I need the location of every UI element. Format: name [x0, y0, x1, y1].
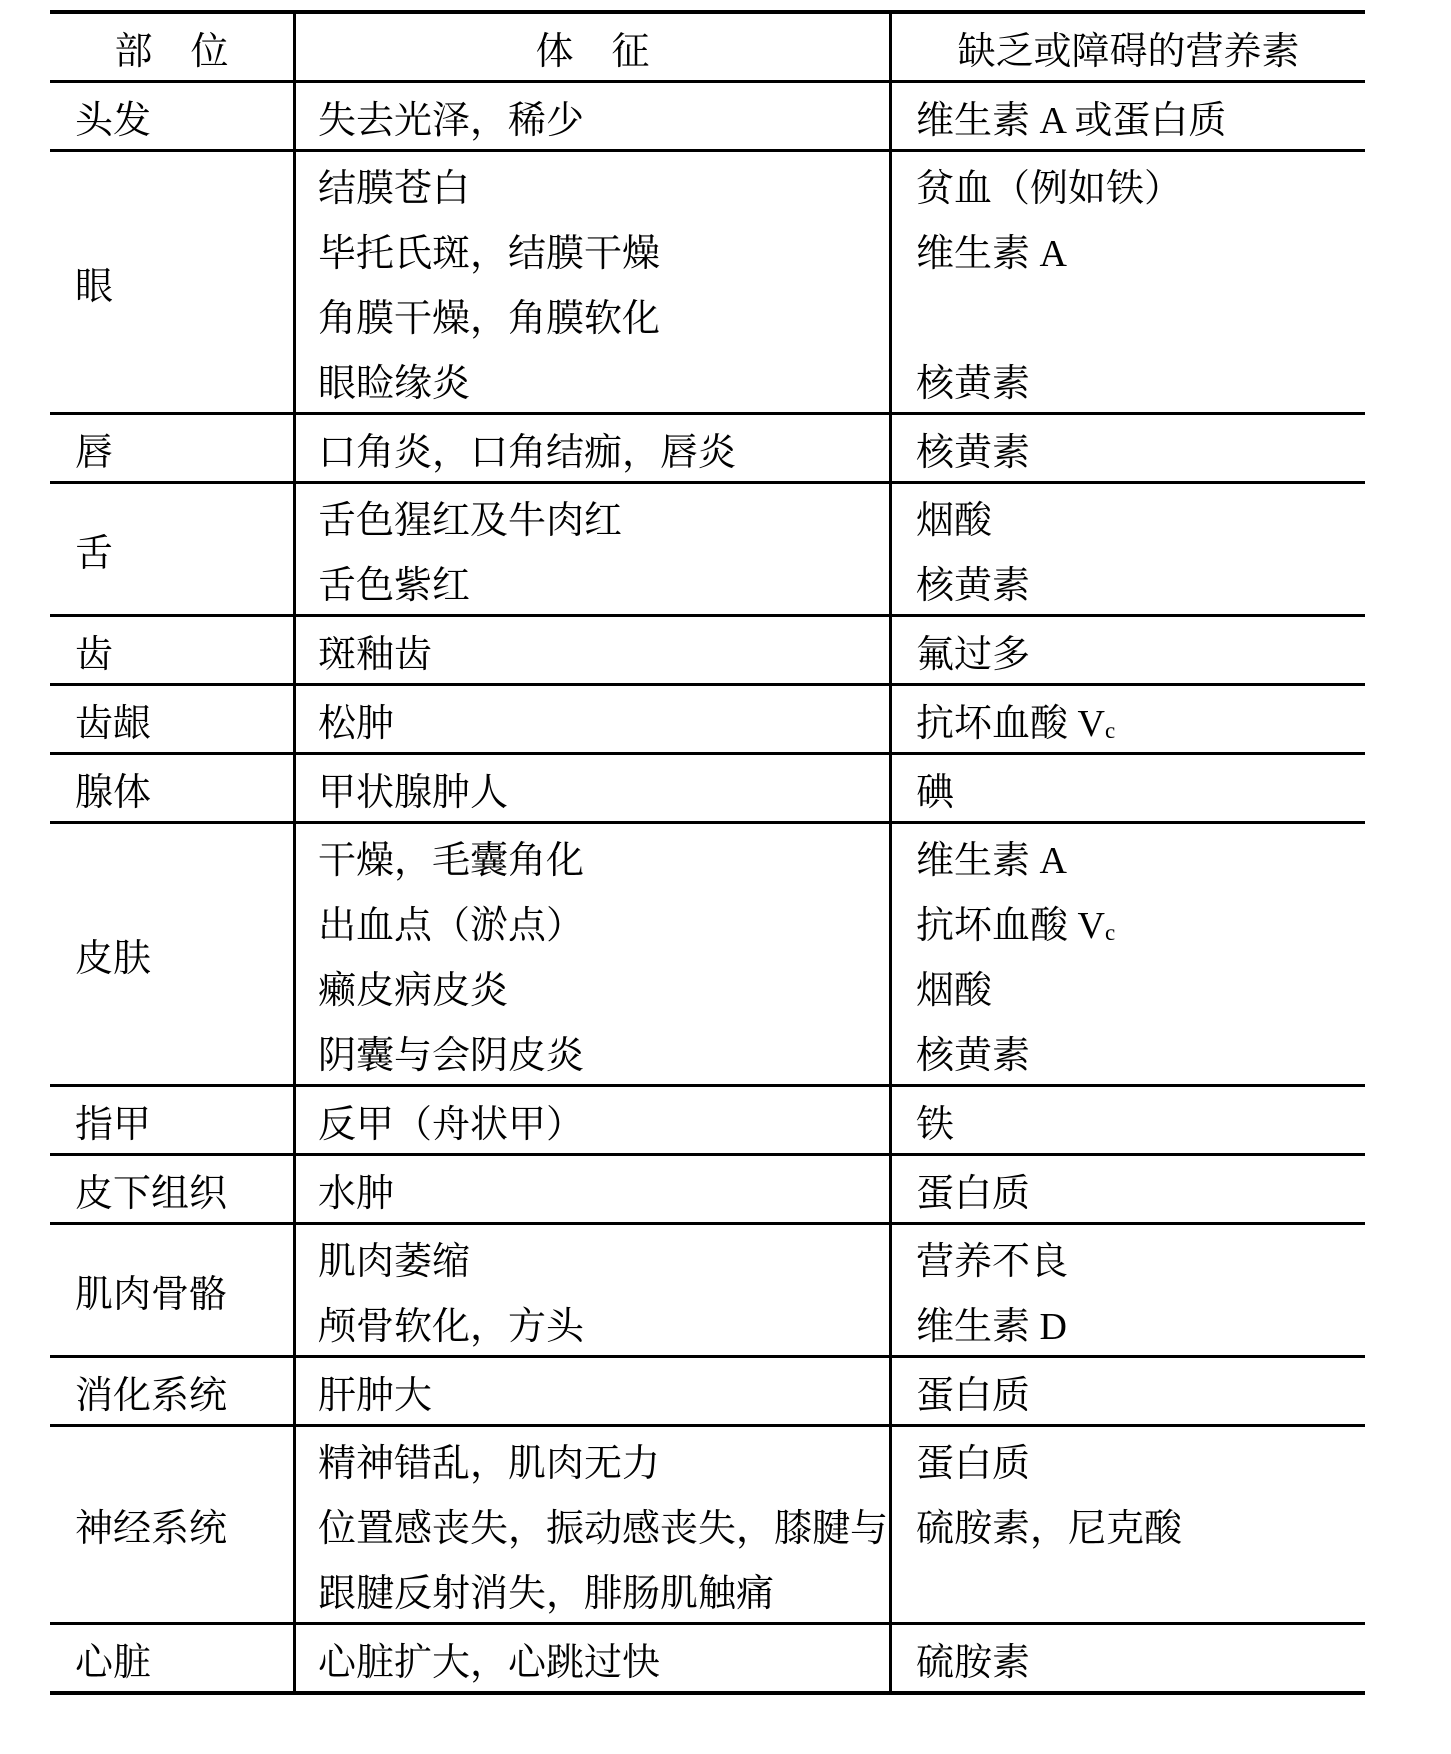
sign-line: 结膜苍白: [296, 152, 889, 217]
nutrients-cell: 铁: [889, 1087, 1365, 1153]
nutrients-cell: 蛋白质: [889, 1156, 1365, 1222]
nutrient-line: 抗坏血酸 Vc: [892, 687, 1365, 752]
nutrient-line: 硫胺素: [892, 1626, 1365, 1691]
nutrient-line: 烟酸: [892, 484, 1365, 549]
sign-line: 肌肉萎缩: [296, 1225, 889, 1290]
table-row-nervous-system: 神经系统 精神错乱，肌肉无力 位置感丧失，振动感丧失，膝腱与 跟腱反射消失，腓肠…: [50, 1427, 1365, 1625]
header-cell-part: 部 位: [50, 14, 293, 80]
part-cell: 腺体: [50, 755, 293, 821]
sign-line: 阴囊与会阴皮炎: [296, 1019, 889, 1084]
nutrient-line: [892, 1557, 1365, 1622]
signs-cell: 反甲（舟状甲）: [293, 1087, 889, 1153]
nutrient-line: 蛋白质: [892, 1157, 1365, 1222]
nutrients-cell: 蛋白质: [889, 1358, 1365, 1424]
nutrients-cell: 硫胺素: [889, 1625, 1365, 1691]
nutrient-line: 营养不良: [892, 1225, 1365, 1290]
signs-cell: 肌肉萎缩 颅骨软化，方头: [293, 1225, 889, 1355]
nutrient-line: 铁: [892, 1088, 1365, 1153]
table-row-subcutaneous-tissue: 皮下组织 水肿 蛋白质: [50, 1156, 1365, 1225]
nutrient-line: 维生素 A: [892, 217, 1365, 282]
part-cell: 皮肤: [50, 824, 293, 1084]
table-row-musculoskeletal: 肌肉骨骼 肌肉萎缩 颅骨软化，方头 营养不良 维生素 D: [50, 1225, 1365, 1358]
nutrient-line: 核黄素: [892, 416, 1365, 481]
part-label: 皮肤: [50, 922, 293, 987]
part-label: 心脏: [50, 1626, 293, 1691]
part-label: 舌: [50, 517, 293, 582]
table-row-gums: 齿龈 松肿 抗坏血酸 Vc: [50, 686, 1365, 755]
sign-line: 斑釉齿: [296, 618, 889, 683]
part-cell: 指甲: [50, 1087, 293, 1153]
nutrient-line: 核黄素: [892, 549, 1365, 614]
nutrients-cell: 抗坏血酸 Vc: [889, 686, 1365, 752]
signs-cell: 斑釉齿: [293, 617, 889, 683]
signs-cell: 心脏扩大，心跳过快: [293, 1625, 889, 1691]
part-label: 唇: [50, 416, 293, 481]
vitamin-c-subscript: c: [1105, 921, 1115, 944]
nutrients-cell: 蛋白质 硫胺素，尼克酸: [889, 1427, 1365, 1622]
table-row-glands: 腺体 甲状腺肿人 碘: [50, 755, 1365, 824]
nutrient-line: 蛋白质: [892, 1359, 1365, 1424]
part-cell: 头发: [50, 83, 293, 149]
nutrition-deficiency-table: 部 位 体 征 缺乏或障碍的营养素 头发 失去光泽，稀少 维生素 A 或蛋白质 …: [50, 10, 1365, 1695]
part-label: 神经系统: [50, 1492, 293, 1557]
nutrient-line: [892, 282, 1365, 347]
nutrients-cell: 贫血（例如铁） 维生素 A 核黄素: [889, 152, 1365, 412]
header-signs-label: 体 征: [296, 15, 889, 80]
table-row-tongue: 舌 舌色猩红及牛肉红 舌色紫红 烟酸 核黄素: [50, 484, 1365, 617]
nutrient-line: 抗坏血酸 Vc: [892, 889, 1365, 954]
header-part-label: 部 位: [50, 15, 293, 80]
table-row-teeth: 齿 斑釉齿 氟过多: [50, 617, 1365, 686]
part-label: 齿: [50, 618, 293, 683]
sign-line: 眼睑缘炎: [296, 347, 889, 412]
sign-line: 毕托氏斑，结膜干燥: [296, 217, 889, 282]
sign-line: 松肿: [296, 687, 889, 752]
signs-cell: 松肿: [293, 686, 889, 752]
sign-line: 精神错乱，肌肉无力: [296, 1427, 889, 1492]
part-cell: 齿: [50, 617, 293, 683]
sign-line: 反甲（舟状甲）: [296, 1088, 889, 1153]
table-row-heart: 心脏 心脏扩大，心跳过快 硫胺素: [50, 1625, 1365, 1691]
part-cell: 心脏: [50, 1625, 293, 1691]
part-label: 肌肉骨骼: [50, 1258, 293, 1323]
signs-cell: 舌色猩红及牛肉红 舌色紫红: [293, 484, 889, 614]
signs-cell: 水肿: [293, 1156, 889, 1222]
nutrient-text: 抗坏血酸 V: [916, 894, 1105, 949]
nutrient-line: 贫血（例如铁）: [892, 152, 1365, 217]
signs-cell: 肝肿大: [293, 1358, 889, 1424]
nutrients-cell: 碘: [889, 755, 1365, 821]
sign-line: 位置感丧失，振动感丧失，膝腱与: [296, 1492, 889, 1557]
part-cell: 齿龈: [50, 686, 293, 752]
sign-line: 失去光泽，稀少: [296, 84, 889, 149]
sign-line: 癞皮病皮炎: [296, 954, 889, 1019]
nutrients-cell: 维生素 A 或蛋白质: [889, 83, 1365, 149]
table-row-hair: 头发 失去光泽，稀少 维生素 A 或蛋白质: [50, 83, 1365, 152]
part-cell: 眼: [50, 152, 293, 412]
nutrients-cell: 核黄素: [889, 415, 1365, 481]
table-row-nails: 指甲 反甲（舟状甲） 铁: [50, 1087, 1365, 1156]
table-row-digestive-system: 消化系统 肝肿大 蛋白质: [50, 1358, 1365, 1427]
sign-line: 干燥，毛囊角化: [296, 824, 889, 889]
table-row-eyes: 眼 结膜苍白 毕托氏斑，结膜干燥 角膜干燥，角膜软化 眼睑缘炎 贫血（例如铁） …: [50, 152, 1365, 415]
nutrients-cell: 维生素 A 抗坏血酸 Vc 烟酸 核黄素: [889, 824, 1365, 1084]
nutrients-cell: 烟酸 核黄素: [889, 484, 1365, 614]
sign-line: 舌色猩红及牛肉红: [296, 484, 889, 549]
nutrients-cell: 营养不良 维生素 D: [889, 1225, 1365, 1355]
part-cell: 舌: [50, 484, 293, 614]
nutrient-line: 硫胺素，尼克酸: [892, 1492, 1365, 1557]
nutrients-cell: 氟过多: [889, 617, 1365, 683]
signs-cell: 精神错乱，肌肉无力 位置感丧失，振动感丧失，膝腱与 跟腱反射消失，腓肠肌触痛: [293, 1427, 889, 1622]
sign-line: 水肿: [296, 1157, 889, 1222]
nutrient-line: 氟过多: [892, 618, 1365, 683]
part-cell: 消化系统: [50, 1358, 293, 1424]
sign-line: 口角炎，口角结痂，唇炎: [296, 416, 889, 481]
part-label: 皮下组织: [50, 1157, 293, 1222]
header-nutrients-label: 缺乏或障碍的营养素: [892, 15, 1365, 80]
nutrient-line: 维生素 A: [892, 824, 1365, 889]
signs-cell: 甲状腺肿人: [293, 755, 889, 821]
part-label: 指甲: [50, 1088, 293, 1153]
sign-line: 甲状腺肿人: [296, 756, 889, 821]
signs-cell: 失去光泽，稀少: [293, 83, 889, 149]
header-cell-nutrients: 缺乏或障碍的营养素: [889, 14, 1365, 80]
part-label: 头发: [50, 84, 293, 149]
sign-line: 出血点（淤点）: [296, 889, 889, 954]
nutrient-line: 核黄素: [892, 1019, 1365, 1084]
signs-cell: 口角炎，口角结痂，唇炎: [293, 415, 889, 481]
table-header-row: 部 位 体 征 缺乏或障碍的营养素: [50, 14, 1365, 83]
nutrient-line: 核黄素: [892, 347, 1365, 412]
nutrient-text: 抗坏血酸 V: [916, 692, 1105, 747]
part-cell: 皮下组织: [50, 1156, 293, 1222]
part-cell: 肌肉骨骼: [50, 1225, 293, 1355]
nutrient-line: 蛋白质: [892, 1427, 1365, 1492]
part-cell: 唇: [50, 415, 293, 481]
vitamin-c-subscript: c: [1105, 719, 1115, 742]
part-cell: 神经系统: [50, 1427, 293, 1622]
part-label: 齿龈: [50, 687, 293, 752]
sign-line: 肝肿大: [296, 1359, 889, 1424]
part-label: 眼: [50, 250, 293, 315]
table-row-lips: 唇 口角炎，口角结痂，唇炎 核黄素: [50, 415, 1365, 484]
sign-line: 心脏扩大，心跳过快: [296, 1626, 889, 1691]
header-cell-signs: 体 征: [293, 14, 889, 80]
nutrient-line: 维生素 D: [892, 1290, 1365, 1355]
signs-cell: 干燥，毛囊角化 出血点（淤点） 癞皮病皮炎 阴囊与会阴皮炎: [293, 824, 889, 1084]
nutrient-line: 维生素 A 或蛋白质: [892, 84, 1365, 149]
sign-line: 舌色紫红: [296, 549, 889, 614]
table-row-skin: 皮肤 干燥，毛囊角化 出血点（淤点） 癞皮病皮炎 阴囊与会阴皮炎 维生素 A 抗…: [50, 824, 1365, 1087]
nutrient-line: 碘: [892, 756, 1365, 821]
sign-line: 角膜干燥，角膜软化: [296, 282, 889, 347]
sign-line: 颅骨软化，方头: [296, 1290, 889, 1355]
part-label: 消化系统: [50, 1359, 293, 1424]
signs-cell: 结膜苍白 毕托氏斑，结膜干燥 角膜干燥，角膜软化 眼睑缘炎: [293, 152, 889, 412]
part-label: 腺体: [50, 756, 293, 821]
sign-line: 跟腱反射消失，腓肠肌触痛: [296, 1557, 889, 1622]
nutrient-line: 烟酸: [892, 954, 1365, 1019]
